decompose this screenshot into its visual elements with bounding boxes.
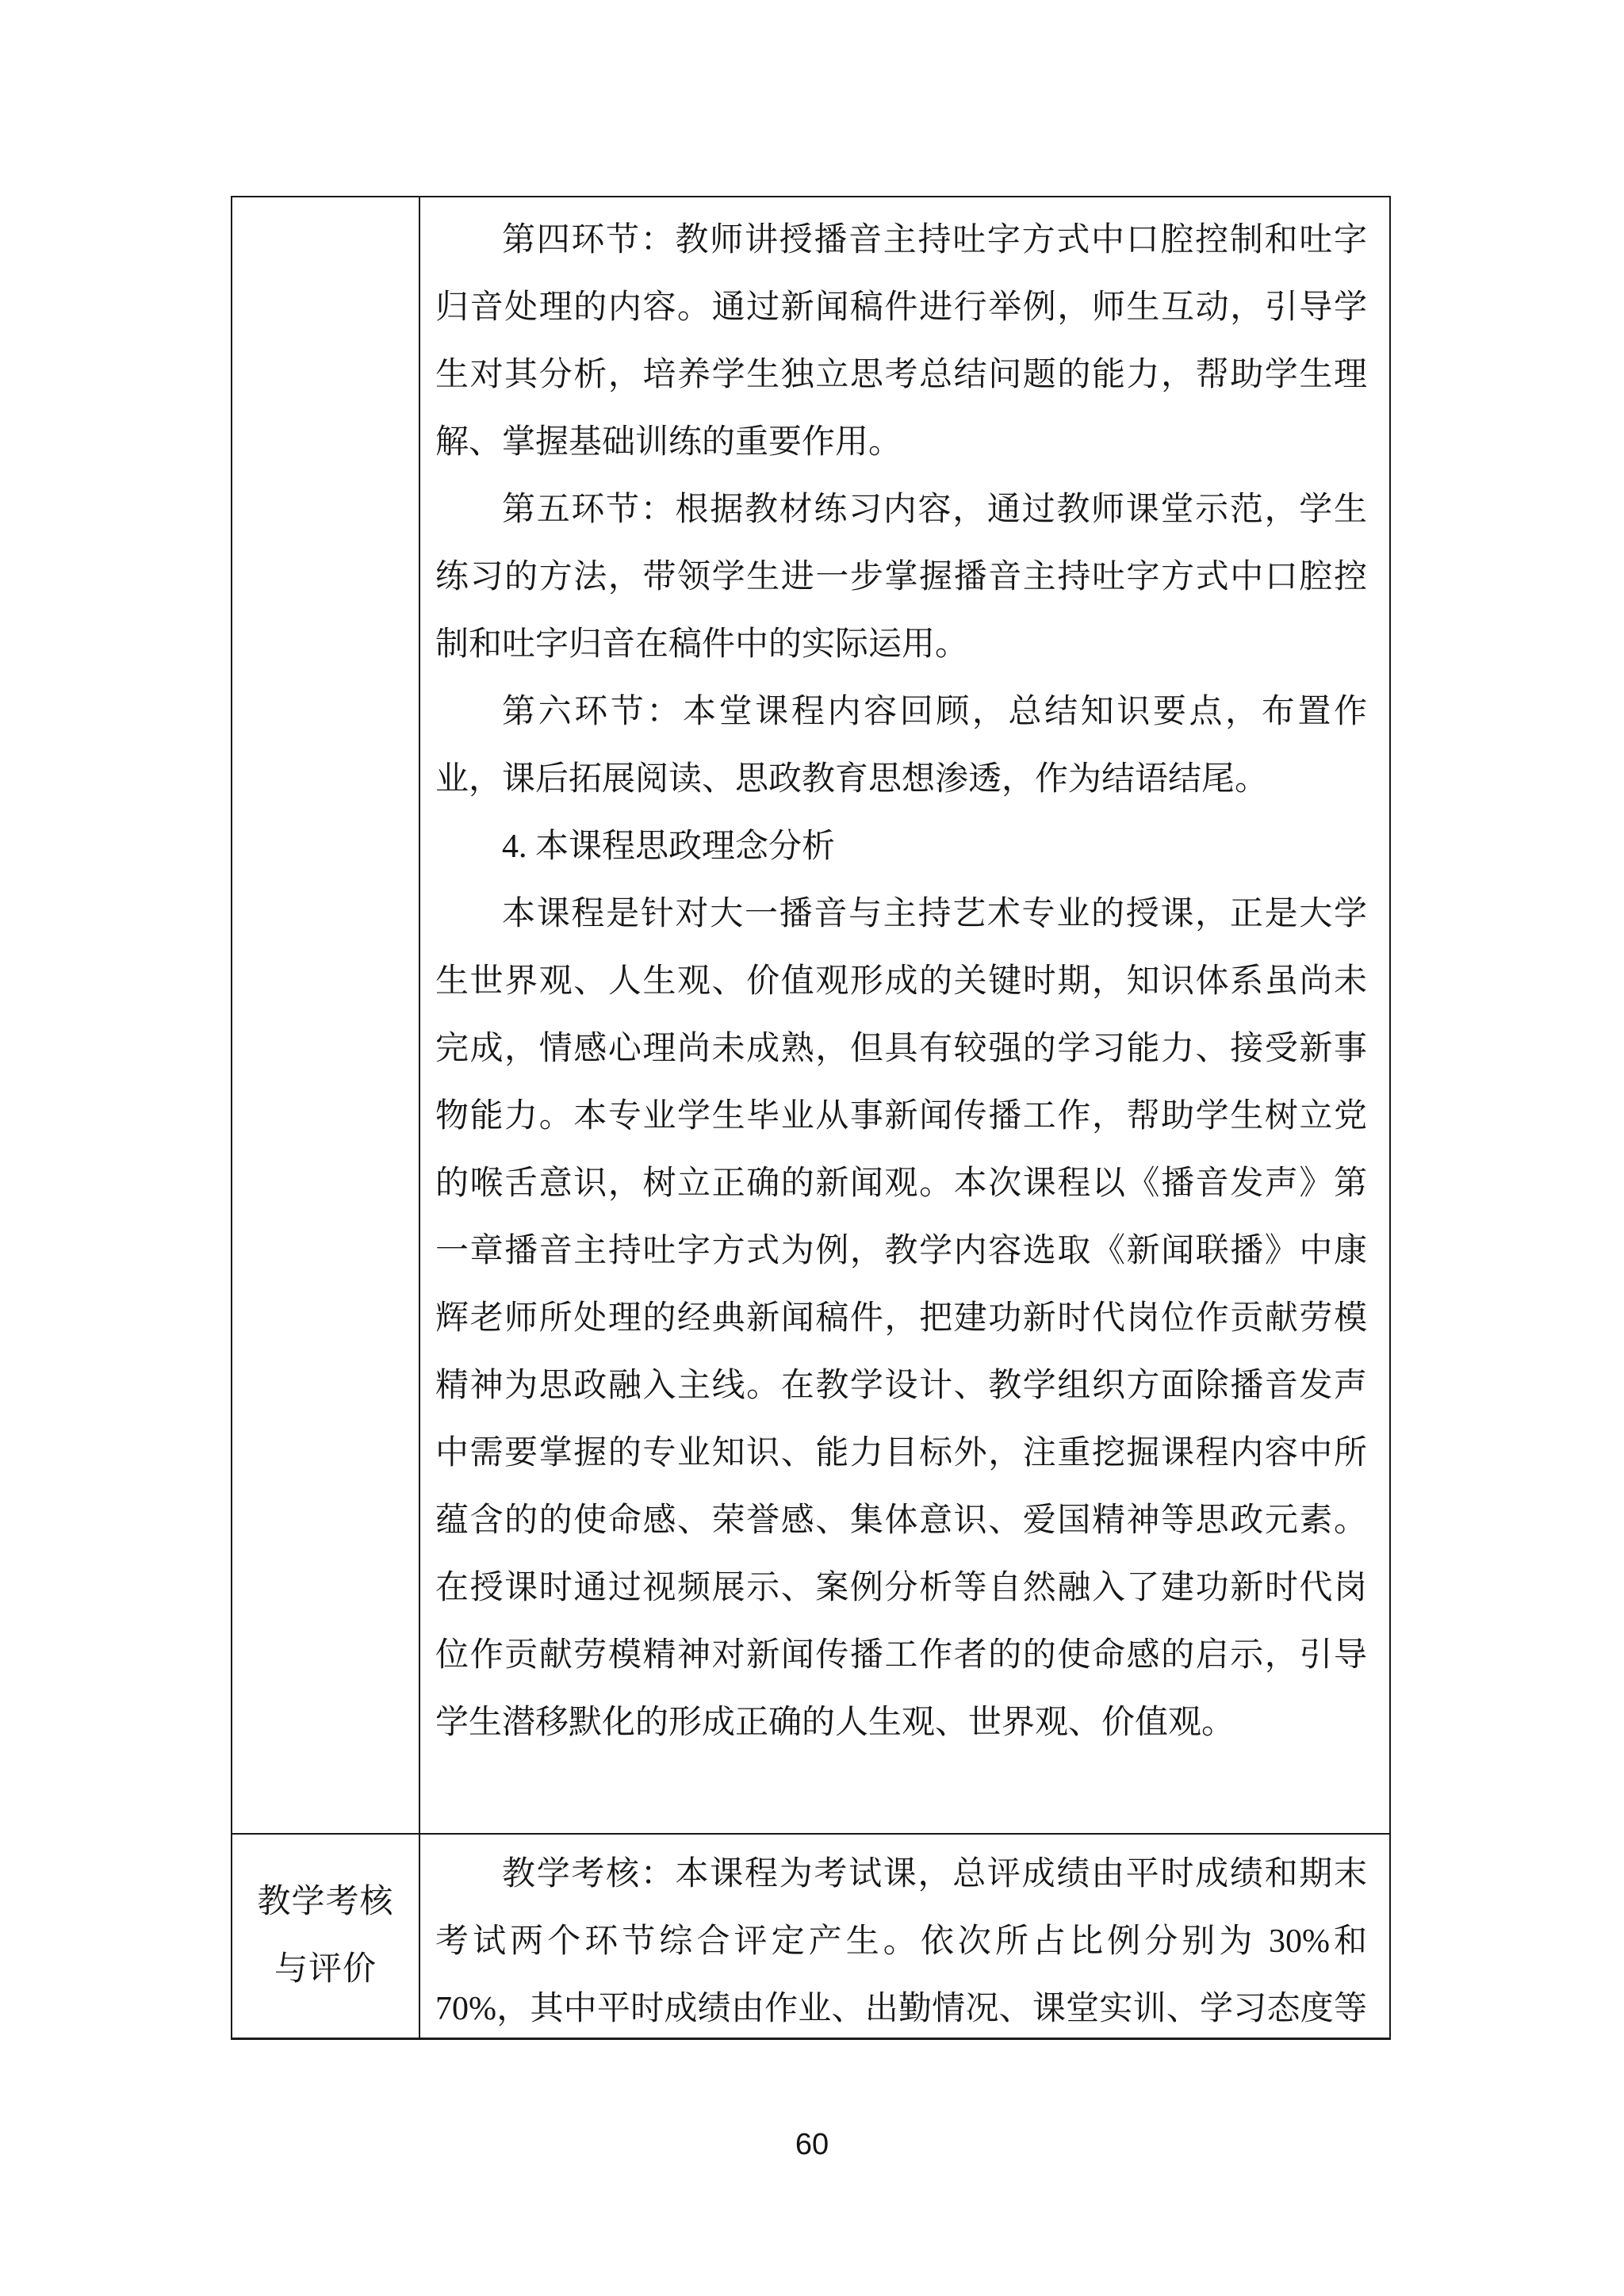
page-number: 60 xyxy=(0,2128,1624,2162)
assessment-label-line-2: 与评价 xyxy=(274,1936,377,2003)
teaching-step-6-paragraph: 第六环节：本堂课程内容回顾，总结知识要点，布置作业，课后拓展阅读、思政教育思想渗… xyxy=(435,679,1367,813)
assessment-label-cell: 教学考核 与评价 xyxy=(232,1835,420,2038)
assessment-content-cell: 教学考核：本课程为考试课，总评成绩由平时成绩和期末考试两个环节综合评定产生。依次… xyxy=(420,1835,1389,2038)
teaching-process-content-cell: 第四环节：教师讲授播音主持吐字方式中口腔控制和吐字归音处理的内容。通过新闻稿件进… xyxy=(420,197,1389,1835)
assessment-label-line-1: 教学考核 xyxy=(257,1869,393,1936)
lesson-plan-table: 第四环节：教师讲授播音主持吐字方式中口腔控制和吐字归音处理的内容。通过新闻稿件进… xyxy=(231,196,1391,2040)
row1-empty-label-cell xyxy=(232,197,420,1835)
teaching-step-5-paragraph: 第五环节：根据教材练习内容，通过教师课堂示范，学生练习的方法，带领学生进一步掌握… xyxy=(435,476,1367,679)
ideology-analysis-paragraph: 本课程是针对大一播音与主持艺术专业的授课，正是大学生世界观、人生观、价值观形成的… xyxy=(435,881,1367,1757)
teaching-step-4-paragraph: 第四环节：教师讲授播音主持吐字方式中口腔控制和吐字归音处理的内容。通过新闻稿件进… xyxy=(435,207,1367,476)
ideology-analysis-heading: 4. 本课程思政理念分析 xyxy=(435,813,1367,881)
assessment-paragraph: 教学考核：本课程为考试课，总评成绩由平时成绩和期末考试两个环节综合评定产生。依次… xyxy=(435,1841,1367,2038)
